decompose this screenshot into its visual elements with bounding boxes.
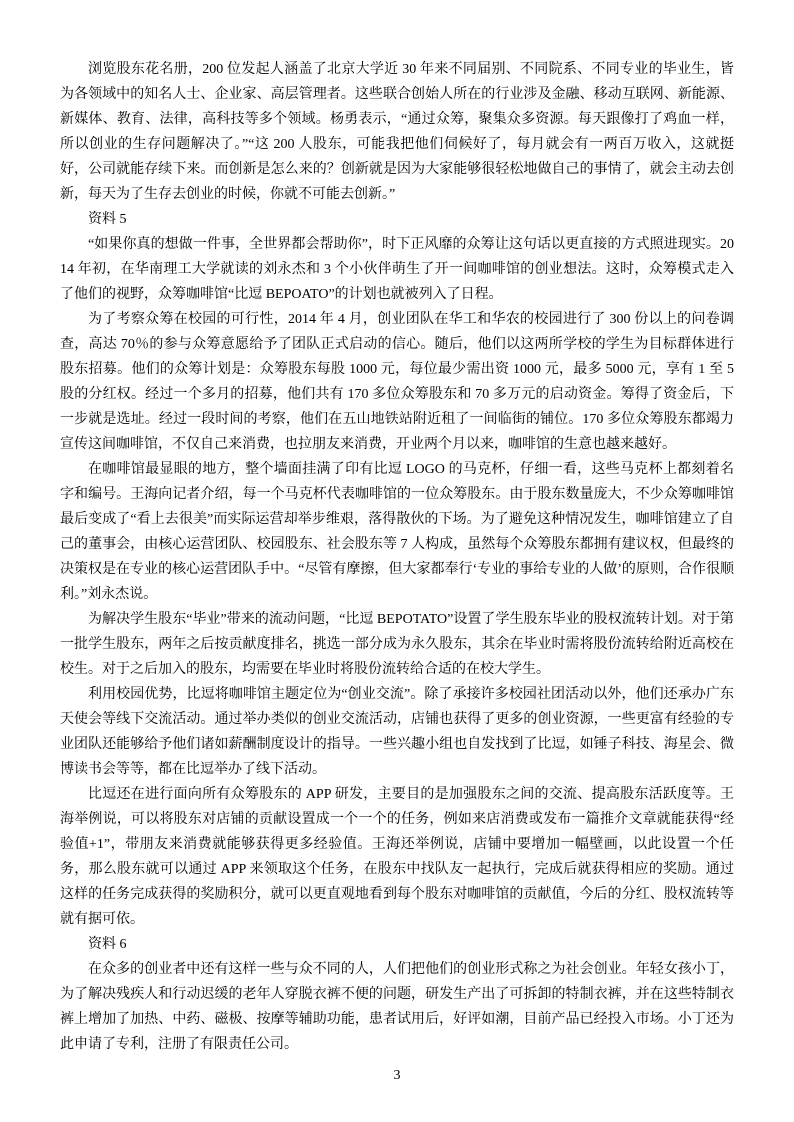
section-heading-material-5: 资料 5	[60, 207, 734, 232]
page-number: 3	[0, 1063, 794, 1088]
document-body: 浏览股东花名册，200 位发起人涵盖了北京大学近 30 年来不同届别、不同院系、…	[60, 57, 734, 1057]
paragraph-shareholder-roster: 浏览股东花名册，200 位发起人涵盖了北京大学近 30 年来不同届别、不同院系、…	[60, 57, 734, 207]
document-page: 浏览股东花名册，200 位发起人涵盖了北京大学近 30 年来不同届别、不同院系、…	[0, 0, 794, 1122]
paragraph-graduation-equity-transfer: 为解决学生股东“毕业”带来的流动问题，“比逗 BEPOTATO”设置了学生股东毕…	[60, 607, 734, 682]
section-heading-material-6: 资料 6	[60, 932, 734, 957]
paragraph-app-development: 比逗还在进行面向所有众筹股东的 APP 研发，主要目的是加强股东之间的交流、提高…	[60, 782, 734, 932]
paragraph-entrepreneurship-exchange: 利用校园优势，比逗将咖啡馆主题定位为“创业交流”。除了承接许多校园社团活动以外，…	[60, 682, 734, 782]
paragraph-mug-wall-board: 在咖啡馆最显眼的地方，整个墙面挂满了印有比逗 LOGO 的马克杯，仔细一看，这些…	[60, 457, 734, 607]
paragraph-social-entrepreneurship: 在众多的创业者中还有这样一些与众不同的人，人们把他们的创业形式称之为社会创业。年…	[60, 957, 734, 1057]
paragraph-campus-survey: 为了考察众筹在校园的可行性，2014 年 4 月，创业团队在华工和华农的校园进行…	[60, 307, 734, 457]
paragraph-crowdfunding-idea: “如果你真的想做一件事，全世界都会帮助你”，时下正风靡的众筹让这句话以更直接的方…	[60, 232, 734, 307]
